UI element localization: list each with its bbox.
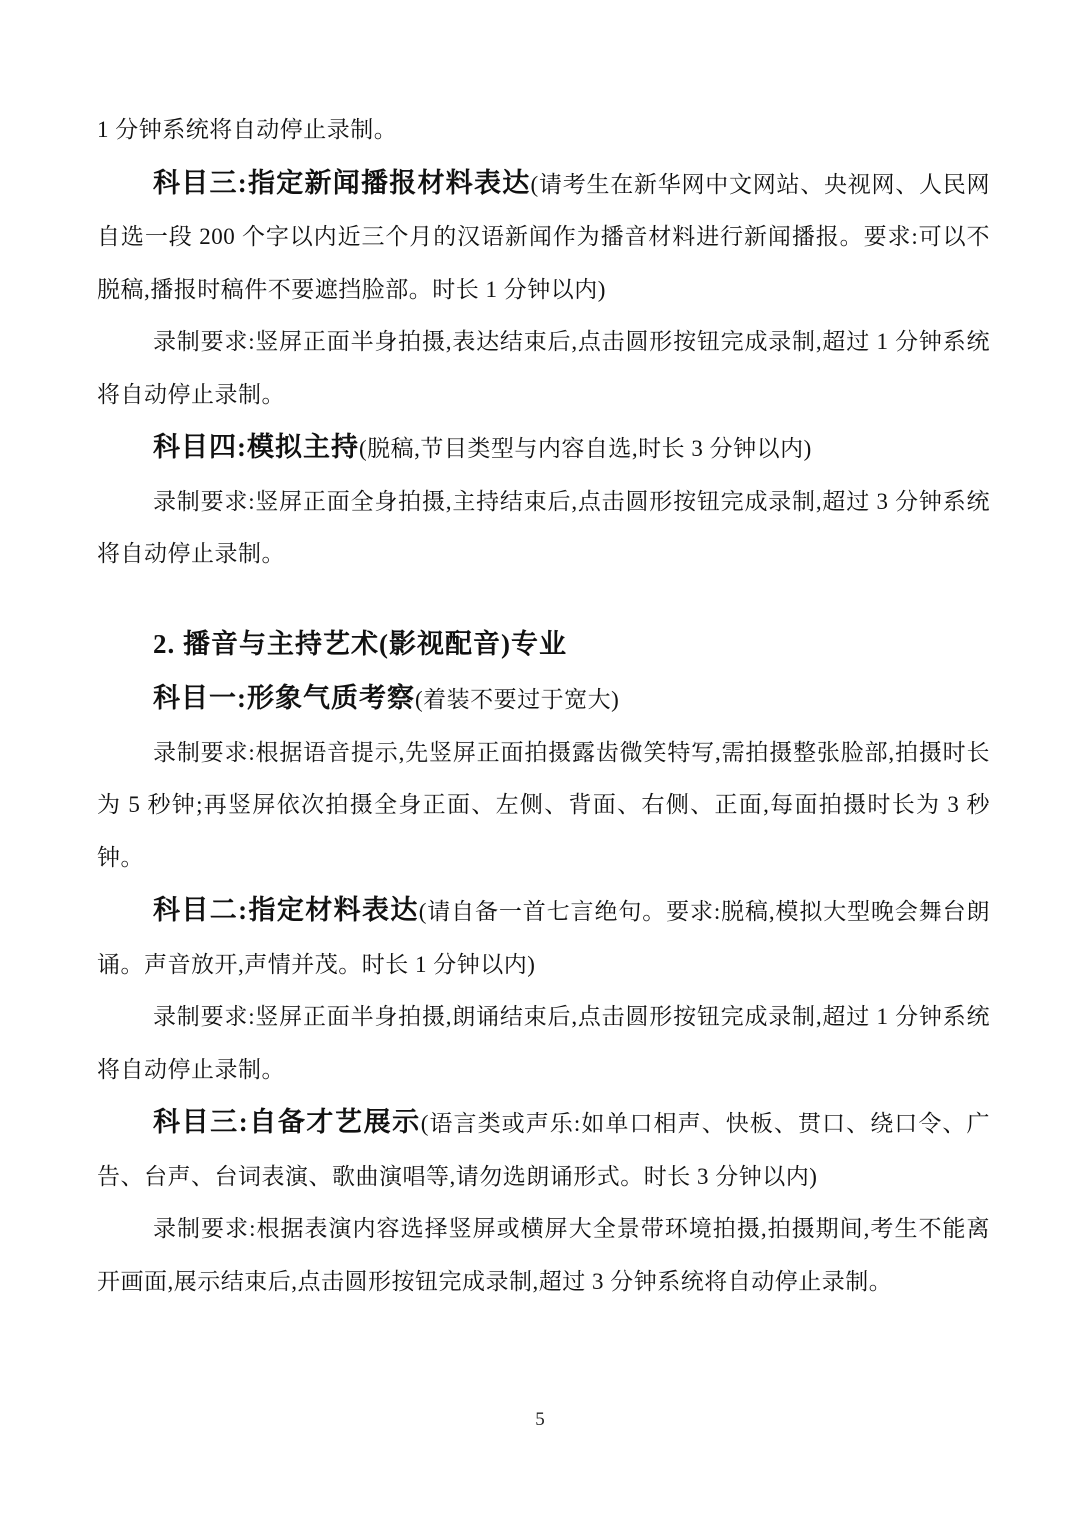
heading-text: 科目四:模拟主持 [153, 432, 359, 462]
heading-text: 科目一:形象气质考察 [153, 683, 415, 713]
subject-paragraph: 科目三:指定新闻播报材料表达(请考生在新华网中文网站、央视网、人民网自选一段 2… [97, 157, 990, 317]
subject-paragraph: 科目一:形象气质考察(着装不要过于宽大) [97, 672, 990, 727]
section-heading: 2. 播音与主持艺术(影视配音)专业 [97, 618, 990, 673]
recording-requirement-paragraph: 录制要求:根据表演内容选择竖屏或横屏大全景带环境拍摄,拍摄期间,考生不能离开画面… [97, 1203, 990, 1308]
subject-paragraph: 科目二:指定材料表达(请自备一首七言绝句。要求:脱稿,模拟大型晚会舞台朗诵。声音… [97, 884, 990, 991]
recording-requirement-paragraph: 录制要求:竖屏正面半身拍摄,朗诵结束后,点击圆形按钮完成录制,超过 1 分钟系统… [97, 991, 990, 1096]
body-text: (脱稿,节目类型与内容自选,时长 3 分钟以内) [359, 436, 812, 461]
document-body: 1 分钟系统将自动停止录制。科目三:指定新闻播报材料表达(请考生在新华网中文网站… [97, 104, 990, 1308]
body-text: 录制要求:竖屏正面半身拍摄,表达结束后,点击圆形按钮完成录制,超过 1 分钟系统… [97, 329, 990, 407]
body-text: 录制要求:根据语音提示,先竖屏正面拍摄露齿微笑特写,需拍摄整张脸部,拍摄时长为 … [97, 740, 990, 870]
heading-text: 科目二:指定材料表达 [153, 895, 419, 925]
subject-paragraph: 科目四:模拟主持(脱稿,节目类型与内容自选,时长 3 分钟以内) [97, 421, 990, 476]
recording-requirement-paragraph: 录制要求:根据语音提示,先竖屏正面拍摄露齿微笑特写,需拍摄整张脸部,拍摄时长为 … [97, 727, 990, 885]
page-number: 5 [535, 1409, 545, 1430]
document-page: 1 分钟系统将自动停止录制。科目三:指定新闻播报材料表达(请考生在新华网中文网站… [0, 0, 1080, 1527]
body-text: 录制要求:竖屏正面半身拍摄,朗诵结束后,点击圆形按钮完成录制,超过 1 分钟系统… [97, 1004, 990, 1082]
body-text: (着装不要过于宽大) [415, 687, 619, 712]
heading-text: 科目三:自备才艺展示 [153, 1107, 421, 1137]
body-text: 录制要求:根据表演内容选择竖屏或横屏大全景带环境拍摄,拍摄期间,考生不能离开画面… [97, 1216, 990, 1294]
paragraph-continuation: 1 分钟系统将自动停止录制。 [97, 104, 990, 157]
body-text: 1 分钟系统将自动停止录制。 [97, 117, 397, 142]
heading-text: 2. 播音与主持艺术(影视配音)专业 [153, 629, 567, 659]
heading-text: 科目三:指定新闻播报材料表达 [153, 168, 531, 198]
subject-paragraph: 科目三:自备才艺展示(语言类或声乐:如单口相声、快板、贯口、绕口令、广告、台声、… [97, 1096, 990, 1203]
recording-requirement-paragraph: 录制要求:竖屏正面半身拍摄,表达结束后,点击圆形按钮完成录制,超过 1 分钟系统… [97, 316, 990, 421]
recording-requirement-paragraph: 录制要求:竖屏正面全身拍摄,主持结束后,点击圆形按钮完成录制,超过 3 分钟系统… [97, 476, 990, 581]
page-footer: 5 [0, 1405, 1080, 1435]
body-text: 录制要求:竖屏正面全身拍摄,主持结束后,点击圆形按钮完成录制,超过 3 分钟系统… [97, 489, 990, 567]
